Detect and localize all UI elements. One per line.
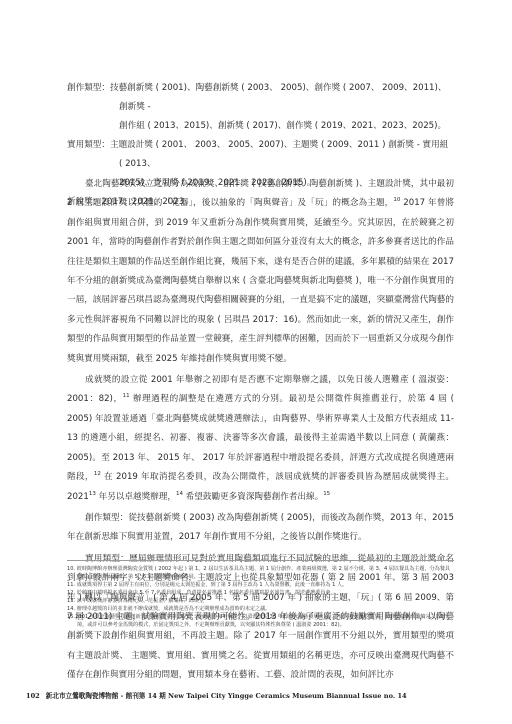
footnote-ref[interactable]: 14 [176, 491, 183, 497]
category-years-line: 創作組 ( 2013、2015)、創新獎 ( 2017)、創作獎 ( 2019、… [119, 121, 446, 131]
footnote-13: 13. 該年成就獎評審委員為楊元太、范振金、蘇樂祐、邱煥堂 [67, 597, 454, 605]
paragraph: 臺北陶藝獎於成立之初分為成就獎、創作獎 ( 技藝創新獎、陶藝創新獎 )、主題設計… [67, 175, 454, 369]
paragraph-text: 年另以卓越獎辦理， [96, 492, 176, 502]
footnote-ref[interactable]: 12 [94, 471, 101, 477]
paragraph-text: 臺北陶藝獎於成立之初分為成就獎、創作獎 ( 技藝創新獎、陶藝創新獎 )、主題設計… [67, 179, 454, 208]
document-page: 創作類型：技藝創新獎 ( 2001)、陶藝創新獎 ( 2003、 2005)、創… [0, 0, 512, 724]
footnote-14: 14. 辦理卓越獎的目的並非就不辦成就獎，成就獎是否為不定期辦理成為當時的未定之… [67, 605, 454, 613]
footnote-12: 12. 於競賽中載明提名委員會由 5 至 7 名委員組成，負責提名並推選 1 名… [67, 589, 454, 597]
footnotes: 10. 彼時陶博館亦辦理臺灣陶瓷金質獎 ( 2002 年起 ) 第 1、2 屆以… [67, 565, 454, 629]
footnote-15: 15.2001 年臺北陶藝獎技藝創新獎評審溫淑姿即已提到，成就獎若每年辦理，以臺… [67, 613, 454, 629]
journal-title: 新北市立鶯歌陶瓷博物館 - 館刊第 14 期 New Taipei City Y… [46, 692, 407, 700]
footnote-ref[interactable]: 13 [89, 491, 96, 497]
category-label: 創作類型： [67, 83, 110, 93]
footnote-ref[interactable]: 15 [323, 491, 330, 497]
paragraph: 創作類型：從技藝創新獎 ( 2003) 改為陶藝創新獎 ( 2005)，而後改為… [67, 509, 454, 548]
paragraph: 成就獎的設立從 2001 年舉辦之初即有是否應不定期舉辦之議，以免日後人選難產 … [67, 371, 454, 507]
page-number: 102 [26, 692, 40, 700]
footnote-10: 10. 彼時陶博館亦辦理臺灣陶瓷金質獎 ( 2002 年起 ) 第 1、2 屆以… [67, 565, 454, 581]
paragraph-text: 2017 年曾將創作組與實用組合併，到 2019 年又重新分為創作獎與實用獎，延… [67, 198, 454, 363]
footnote-11: 11. 成就獎項得主第 2 屆得主有兩位，分別是楊元太與范振金，到了第 3 屆得… [67, 581, 454, 589]
category-years-line: 主題設計獎 ( 2001、 2003、 2005、2007)、主題獎 ( 200… [110, 140, 448, 169]
page-footer: 102新北市立鶯歌陶瓷博物館 - 館刊第 14 期 New Taipei Cit… [26, 690, 407, 700]
paragraph-text: 希望鼓勵更多資深陶藝創作者出線。 [183, 492, 323, 502]
paragraph-text: 創作類型：從技藝創新獎 ( 2003) 改為陶藝創新獎 ( 2005)，而後改為… [67, 513, 454, 542]
category-label: 實用類型： [67, 140, 110, 150]
paragraph-text: 辦理過程的調整是在遴選方式的分別。最初是公開徵件與推薦並行，於第 4 屆 ( 2… [67, 394, 454, 482]
footnote-ref[interactable]: 11 [123, 393, 130, 399]
category-creative: 創作類型：技藝創新獎 ( 2001)、陶藝創新獎 ( 2003、 2005)、創… [67, 79, 454, 117]
footnote-divider [67, 560, 454, 561]
category-years-line: 技藝創新獎 ( 2001)、陶藝創新獎 ( 2003、 2005)、創作獎 ( … [110, 83, 446, 112]
category-creative-cont: 創作組 ( 2013、2015)、創新獎 ( 2017)、創作獎 ( 2019、… [67, 117, 454, 136]
category-practical: 實用類型：主題設計獎 ( 2001、 2003、 2005、2007)、主題獎 … [67, 136, 454, 174]
